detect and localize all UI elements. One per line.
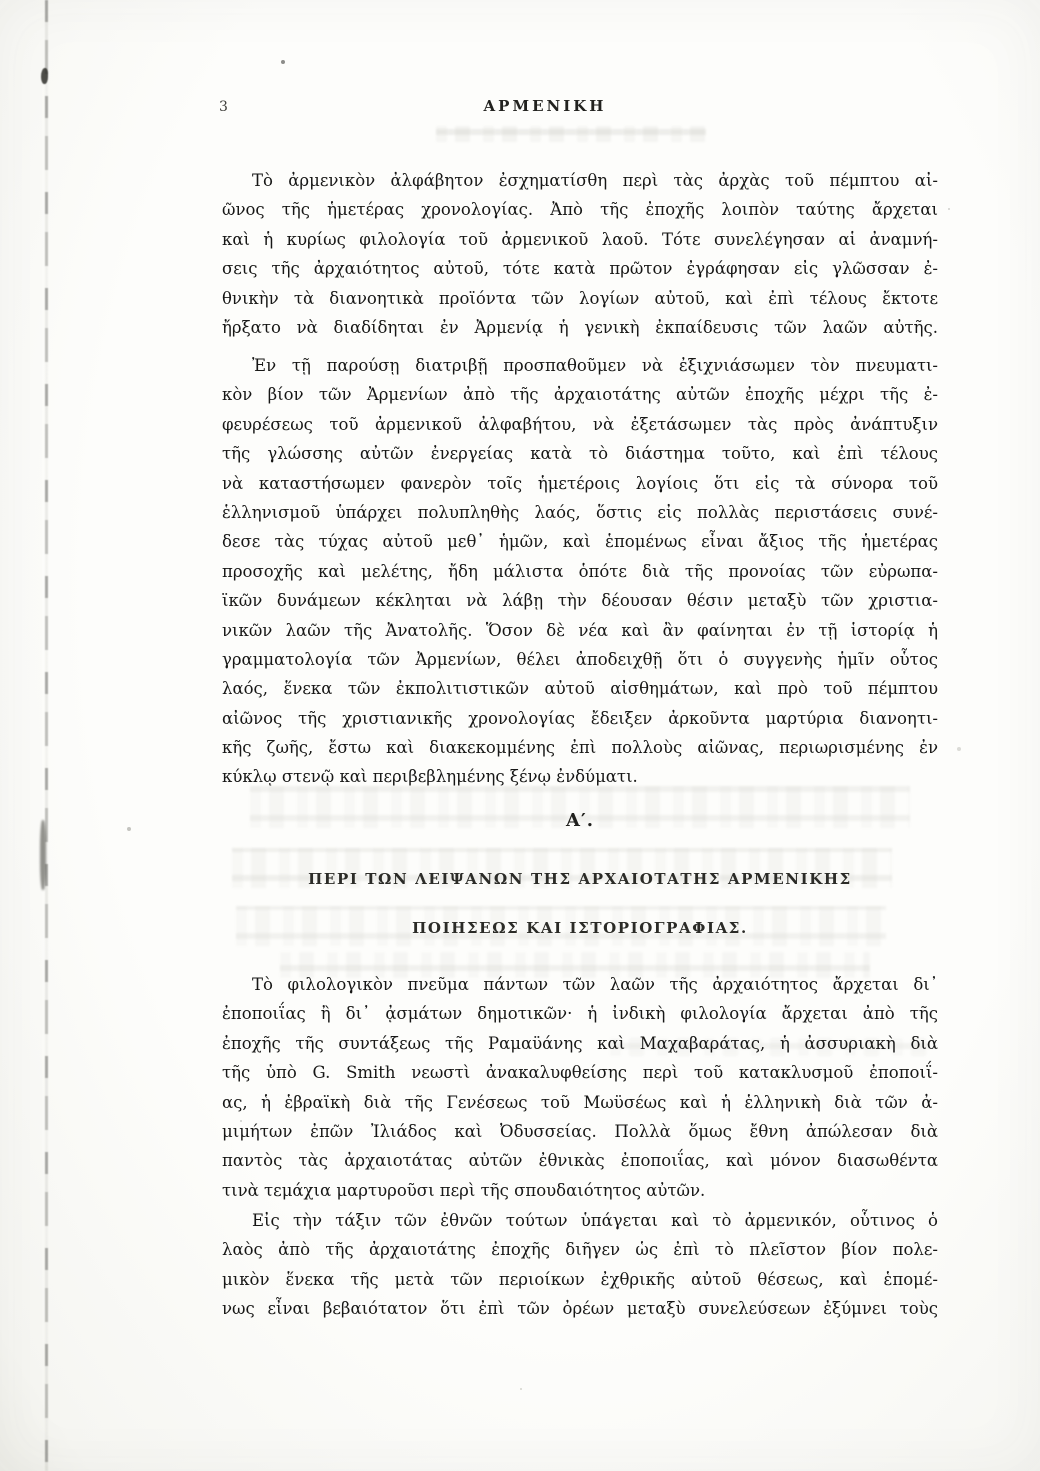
section-heading: Α′. (222, 810, 938, 831)
text-line: μικὸν ἕνεκα τῆς μετὰ τῶν περιοίκων ἐχθρι… (222, 1265, 938, 1294)
text-line: ἑλληνισμοῦ ὑπάρχει πολυπληθὴς λαός, ὅστι… (222, 498, 938, 527)
text-line: κὸν βίον τῶν Ἀρμενίων ἀπὸ τῆς ἀρχαιοτάτη… (222, 380, 938, 409)
text-line: τῆς ὑπὸ G. Smith νεωστὶ ἀνακαλυφθείσης π… (222, 1058, 938, 1087)
paragraph: Τὸ ἀρμενικὸν ἀλφάβητον ἐσχηματίσθη περὶ … (222, 166, 938, 342)
text-line: αἰῶνος τῆς χριστιανικῆς χρονολογίας ἔδει… (222, 704, 938, 733)
paragraph: Ἐν τῇ παρούσῃ διατριβῇ προσπαθοῦμεν νὰ ἐ… (222, 351, 938, 792)
text-line: Τὸ φιλολογικὸν πνεῦμα πάντων τῶν λαῶν τῆ… (222, 970, 938, 999)
text-line: καὶ ἡ κυρίως φιλολογία τοῦ ἀρμενικοῦ λαο… (222, 225, 938, 254)
text-line: νικῶν λαῶν τῆς Ἀνατολῆς. Ὅσον δὲ νέα καὶ… (222, 616, 938, 645)
section-title-line2: ΠΟΙΗΣΕΩΣ ΚΑΙ ΙΣΤΟΡΙΟΓΡΑΦΙΑΣ. (222, 919, 938, 937)
text-line: Εἰς τὴν τάξιν τῶν ἐθνῶν τούτων ὑπάγεται … (222, 1206, 938, 1235)
running-header: ΑΡΜΕΝΙΚΗ (222, 97, 868, 115)
text-line: ας, ἡ ἑβραϊκὴ διὰ τῆς Γενέσεως τοῦ Μωϋσέ… (222, 1088, 938, 1117)
ink-smudge (41, 68, 48, 84)
text-line: ἐποποιΐας ἢ δι᾽ ᾀσμάτων δημοτικῶν· ἡ ἰνδ… (222, 999, 938, 1028)
text-line: ϊκῶν δυνάμεων κέκληται νὰ λάβῃ τὴν δέουσ… (222, 586, 938, 615)
text-line: ῶνος τῆς ἡμετέρας χρονολογίας. Ἀπὸ τῆς ἐ… (222, 195, 938, 224)
paragraph: Τὸ φιλολογικὸν πνεῦμα πάντων τῶν λαῶν τῆ… (222, 970, 938, 1205)
text-line: ἤρξατο νὰ διαδίδηται ἐν Ἀρμενίᾳ ἡ γενικὴ… (222, 313, 938, 342)
paragraph: Εἰς τὴν τάξιν τῶν ἐθνῶν τούτων ὑπάγεται … (222, 1206, 938, 1324)
text-line: λαός, ἕνεκα τῶν ἐκπολιτιστικῶν αὐτοῦ αἰσ… (222, 674, 938, 703)
text-line: κῆς ζωῆς, ἔστω καὶ διακεκομμένης ἐπὶ πολ… (222, 733, 938, 762)
text-line: ἐποχῆς τῆς συντάξεως τῆς Ραμαϋάνης καὶ Μ… (222, 1029, 938, 1058)
text-line: γραμματολογία τῶν Ἀρμενίων, θέλει ἀποδει… (222, 645, 938, 674)
scanned-book-page: 3 ΑΡΜΕΝΙΚΗ Τὸ ἀρμενικὸν ἀλφάβητον ἐσχημα… (0, 0, 1040, 1471)
text-line: δεσε τὰς τύχας αὐτοῦ μεθ᾽ ἡμῶν, καὶ ἑπομ… (222, 527, 938, 556)
text-line: λαὸς ἀπὸ τῆς ἀρχαιοτάτης ἐποχῆς διῆγεν ὡ… (222, 1235, 938, 1264)
text-line: παντὸς τὰς ἀρχαιοτάτας αὐτῶν ἐθνικὰς ἐπο… (222, 1146, 938, 1175)
binding-crease (45, 0, 48, 1471)
text-line: προσοχῆς καὶ μελέτης, ἤδη μάλιστα ὁπότε … (222, 557, 938, 586)
text-line: τῆς γλώσσης αὐτῶν ἐνεργείας κατὰ τὸ διάσ… (222, 439, 938, 468)
text-line: νὰ καταστήσωμεν φανερὸν τοῖς ἡμετέροις λ… (222, 469, 938, 498)
text-line: τινὰ τεμάχια μαρτυροῦσι περὶ τῆς σπουδαι… (222, 1176, 938, 1205)
text-line: μιμήτων ἐπῶν Ἰλιάδος καὶ Ὀδυσσείας. Πολλ… (222, 1117, 938, 1146)
paper-speckles (0, 0, 2, 2)
ink-smudge (40, 820, 46, 890)
text-line: σεις τῆς ἀρχαιότητος αὐτοῦ, τότε κατὰ πρ… (222, 254, 938, 283)
text-line: κύκλῳ στενῷ καὶ περιβεβλημένης ξένῳ ἐνδύ… (222, 762, 938, 791)
text-line: φευρέσεως τοῦ ἀρμενικοῦ ἀλφαβήτου, νὰ ἐξ… (222, 410, 938, 439)
text-line: νως εἶναι βεβαιότατον ὅτι ἐπὶ τῶν ὀρέων … (222, 1294, 938, 1323)
text-line: Τὸ ἀρμενικὸν ἀλφάβητον ἐσχηματίσθη περὶ … (222, 166, 938, 195)
section-title-line1: ΠΕΡΙ ΤΩΝ ΛΕΙΨΑΝΩΝ ΤΗΣ ΑΡΧΑΙΟΤΑΤΗΣ ΑΡΜΕΝΙ… (222, 870, 938, 888)
ink-bleedthrough (436, 126, 706, 142)
text-line: θνικὴν τὰ διανοητικὰ προϊόντα τῶν λογίων… (222, 284, 938, 313)
text-line: Ἐν τῇ παρούσῃ διατριβῇ προσπαθοῦμεν νὰ ἐ… (222, 351, 938, 380)
